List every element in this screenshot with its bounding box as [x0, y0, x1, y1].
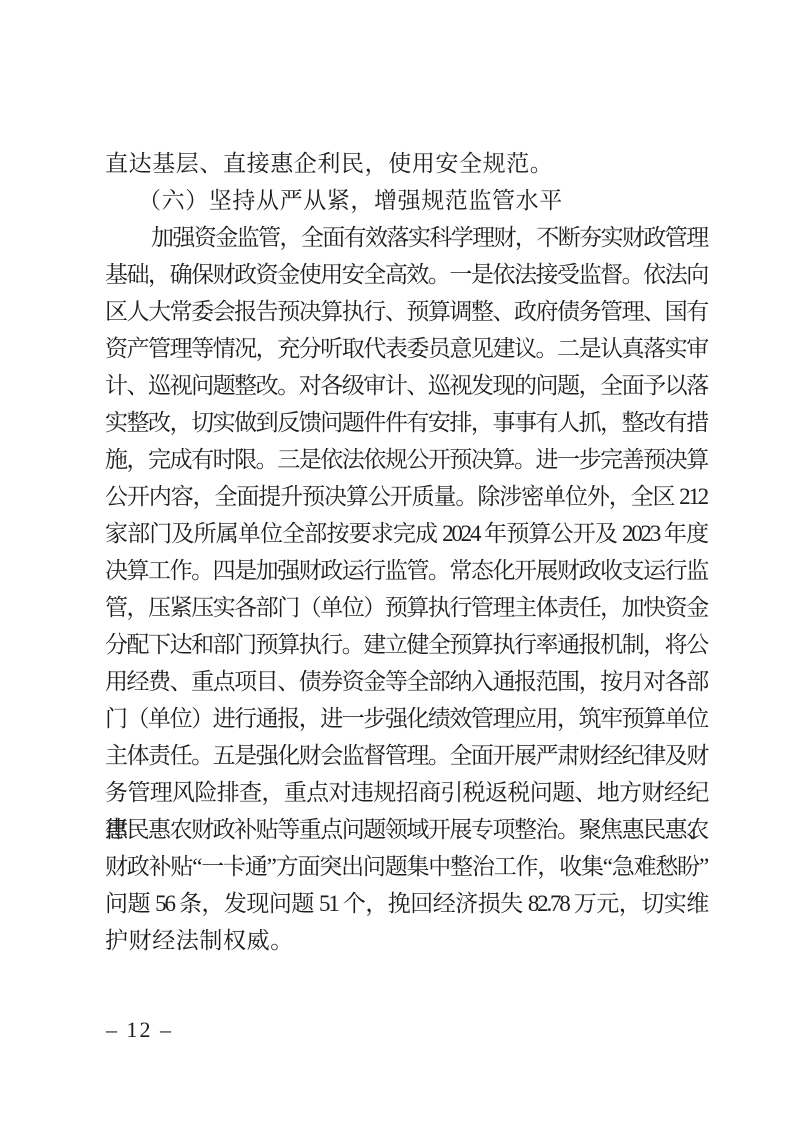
text-line: 用经费、重点项目、债券资金等全部纳入通报范围，按月对各部 [105, 663, 707, 700]
section-heading: （六）坚持从严从紧，增强规范监管水平 [105, 182, 707, 219]
text-line: 决算工作。四是加强财政运行监管。常态化开展财政收支运行监 [105, 552, 707, 589]
text-line: 问题 56 条，发现问题 51 个，挽回经济损失 82.78 万元，切实维 [105, 885, 707, 922]
text-line: 直达基层、直接惠企利民，使用安全规范。 [105, 145, 707, 182]
text-line: 公开内容，全面提升预决算公开质量。除涉密单位外，全区 212 [105, 478, 707, 515]
text-line: 护财经法制权威。 [105, 922, 707, 959]
page-number: – 12 – [106, 1017, 173, 1043]
document-text-block: 直达基层、直接惠企利民，使用安全规范。 （六）坚持从严从紧，增强规范监管水平 加… [105, 145, 707, 959]
text-line: 惠民惠农财政补贴等重点问题领域开展专项整治。聚焦惠民惠农 [105, 811, 707, 848]
text-line: 实整改，切实做到反馈问题件件有安排，事事有人抓，整改有措 [105, 404, 707, 441]
text-line: 资产管理等情况，充分听取代表委员意见建议。二是认真落实审 [105, 330, 707, 367]
text-line: 施，完成有时限。三是依法依规公开预决算。进一步完善预决算 [105, 441, 707, 478]
text-line: 加强资金监管，全面有效落实科学理财，不断夯实财政管理 [105, 219, 707, 256]
text-line: 财政补贴“一卡通”方面突出问题集中整治工作，收集“急难愁盼” [105, 848, 707, 885]
text-line: 基础，确保财政资金使用安全高效。一是依法接受监督。依法向 [105, 256, 707, 293]
text-line: 门（单位）进行通报，进一步强化绩效管理应用，筑牢预算单位 [105, 700, 707, 737]
text-line: 务管理风险排查，重点对违规招商引税返税问题、地方财经纪律、 [105, 774, 707, 811]
text-line: 家部门及所属单位全部按要求完成 2024 年预算公开及 2023 年度 [105, 515, 707, 552]
text-line: 管，压紧压实各部门（单位）预算执行管理主体责任，加快资金 [105, 589, 707, 626]
document-page: 直达基层、直接惠企利民，使用安全规范。 （六）坚持从严从紧，增强规范监管水平 加… [0, 0, 793, 1122]
text-line: 区人大常委会报告预决算执行、预算调整、政府债务管理、国有 [105, 293, 707, 330]
text-line: 分配下达和部门预算执行。建立健全预算执行率通报机制，将公 [105, 626, 707, 663]
text-line: 主体责任。五是强化财会监督管理。全面开展严肃财经纪律及财 [105, 737, 707, 774]
text-line: 计、巡视问题整改。对各级审计、巡视发现的问题，全面予以落 [105, 367, 707, 404]
